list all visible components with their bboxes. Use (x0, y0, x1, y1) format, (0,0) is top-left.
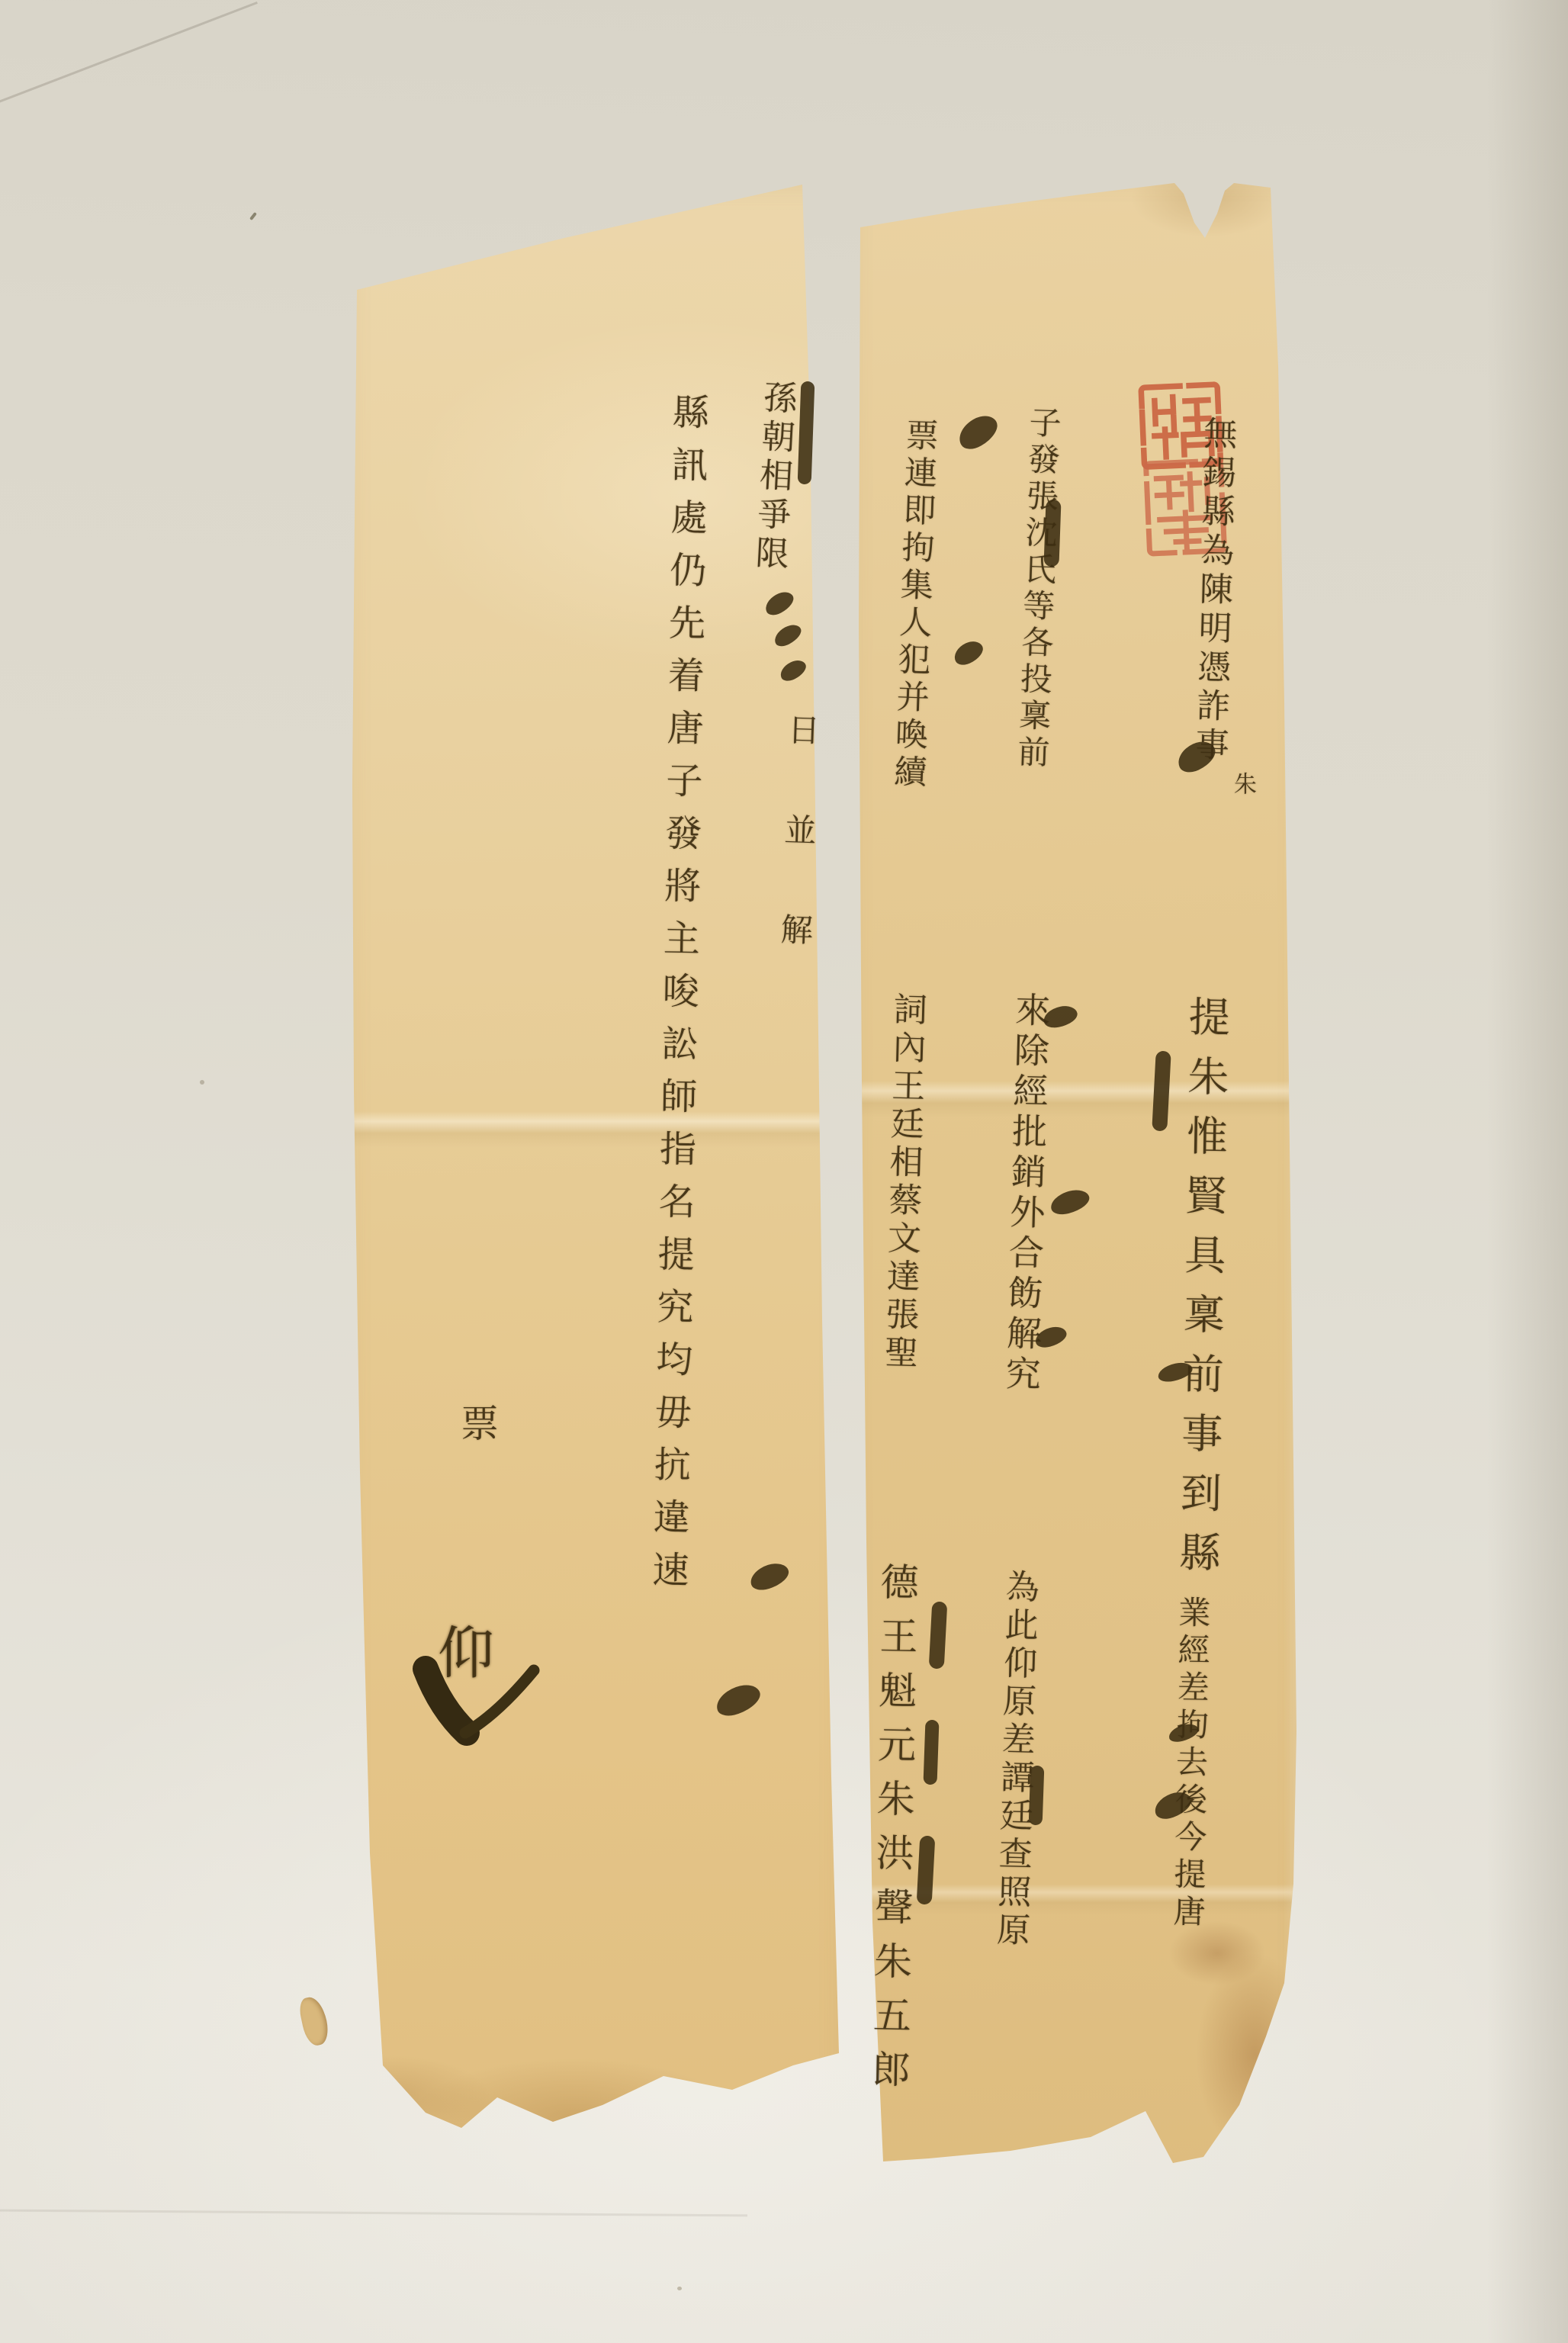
right-column-1-seg-2: 提朱惟賢具稟前事到縣 (1175, 995, 1227, 1591)
left-column-a2: 日並解 (776, 712, 818, 1013)
torn-corner-fragment (297, 1994, 332, 2047)
left-column-a: 孫朝相爭限 (750, 379, 794, 575)
paper-speck (200, 1080, 204, 1085)
right-column-1-inserted-char: 朱 (1231, 772, 1254, 795)
right-column-3-seg-2: 詞內王廷相蔡文達張聖 (880, 992, 924, 1374)
isolated-char-piao: 票 (458, 1403, 496, 1441)
right-column-3-seg-3: 德王魁元朱洪聲朱五郎 (869, 1562, 916, 2104)
ink-accent-bar (1043, 500, 1061, 567)
paper-fiber-speck (249, 212, 257, 220)
right-column-1-seg-1: 無錫縣為陳明憑詐事 (1191, 416, 1234, 767)
backing-crease-diagonal (0, 2, 258, 108)
ink-accent-bar (798, 381, 815, 485)
ink-accent-bar (924, 1720, 940, 1785)
brush-checkmark-stroke (404, 1632, 557, 1777)
paper-speck (677, 2287, 682, 2290)
ink-accent-bar (1029, 1766, 1045, 1826)
right-column-2-seg-3: 為此仰原差譚廷查照原 (992, 1569, 1036, 1951)
backing-shade-right-edge (1487, 0, 1568, 2343)
photograph-of-two-document-strips: 無錫縣為陳明憑詐事 朱 提朱惟賢具稟前事到縣 業經差拘去後今提唐 子發張沈氏等各… (0, 0, 1568, 2343)
right-column-1-seg-3: 業經差拘去後今提唐 (1171, 1596, 1209, 1933)
backing-crease-bottom (0, 2210, 747, 2217)
